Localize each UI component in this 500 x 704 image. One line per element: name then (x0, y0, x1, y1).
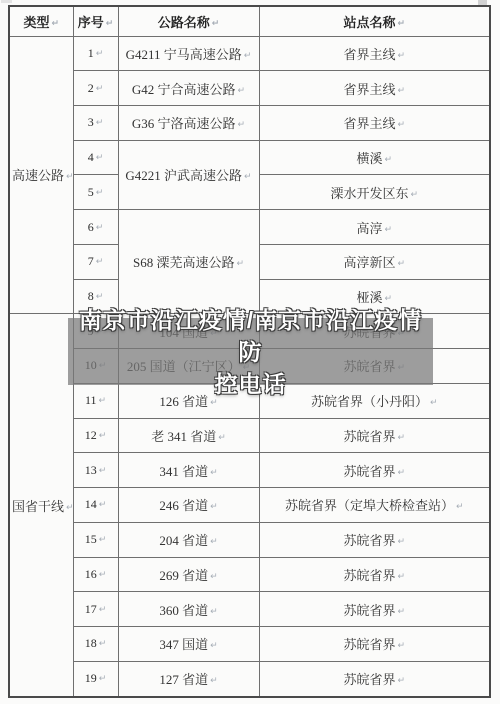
document-page: { "page": { "background": "#fbfbfa" }, "… (0, 0, 500, 704)
station-name: 苏皖省界↵ (259, 557, 490, 592)
return-mark-icon: ↵ (96, 223, 104, 233)
row-number: 11↵ (73, 383, 118, 418)
return-mark-icon: ↵ (210, 641, 218, 651)
return-mark-icon: ↵ (96, 257, 104, 267)
return-mark-icon: ↵ (96, 153, 104, 163)
return-mark-icon: ↵ (397, 607, 405, 617)
return-mark-icon: ↵ (66, 172, 73, 182)
table-row: 16↵ 269 省道↵ 苏皖省界↵ (9, 557, 490, 592)
return-mark-icon: ↵ (99, 674, 107, 684)
row-number: 14↵ (73, 488, 118, 523)
row-number: 15↵ (73, 522, 118, 557)
return-mark-icon: ↵ (238, 120, 246, 130)
road-name: 341 省道↵ (118, 453, 259, 488)
station-name: 苏皖省界（定埠大桥检查站）↵ (259, 488, 490, 523)
road-name: G4211 宁马高速公路↵ (118, 36, 259, 71)
row-number: 19↵ (73, 661, 118, 697)
road-name: 204 省道↵ (118, 522, 259, 557)
type-cell-national-provincial: 国省干线↵ (9, 314, 73, 697)
return-mark-icon: ↵ (210, 572, 218, 582)
return-mark-icon: ↵ (210, 502, 218, 512)
road-name: G4221 沪武高速公路↵ (118, 140, 259, 209)
road-name: 246 省道↵ (118, 488, 259, 523)
return-mark-icon: ↵ (384, 225, 392, 235)
return-mark-icon: ↵ (397, 19, 405, 29)
return-mark-icon: ↵ (384, 155, 392, 165)
return-mark-icon: ↵ (96, 49, 104, 59)
road-name: 360 省道↵ (118, 592, 259, 627)
row-number: 7↵ (73, 244, 118, 279)
return-mark-icon: ↵ (410, 190, 418, 200)
station-name: 溧水开发区东↵ (259, 175, 490, 210)
return-mark-icon: ↵ (430, 398, 438, 408)
watermark-line1: 南京市沿江疫情/南京市沿江疫情防 (68, 304, 433, 368)
return-mark-icon: ↵ (99, 570, 107, 580)
return-mark-icon: ↵ (99, 639, 107, 649)
return-mark-icon: ↵ (397, 259, 405, 269)
table-row: 14↵ 246 省道↵ 苏皖省界（定埠大桥检查站）↵ (9, 488, 490, 523)
station-name: 横溪↵ (259, 140, 490, 175)
return-mark-icon: ↵ (244, 51, 252, 61)
table-handle-artifact (478, 0, 487, 5)
return-mark-icon: ↵ (96, 118, 104, 128)
return-mark-icon: ↵ (99, 396, 107, 406)
station-name: 苏皖省界↵ (259, 592, 490, 627)
road-name: 347 国道↵ (118, 626, 259, 661)
row-number: 4↵ (73, 140, 118, 175)
return-mark-icon: ↵ (238, 86, 246, 96)
station-name: 省界主线↵ (259, 36, 490, 71)
return-mark-icon: ↵ (210, 607, 218, 617)
return-mark-icon: ↵ (96, 84, 104, 94)
row-number: 17↵ (73, 592, 118, 627)
table-row: 4↵ G4221 沪武高速公路↵ 横溪↵ (9, 140, 490, 175)
row-number: 16↵ (73, 557, 118, 592)
row-number: 12↵ (73, 418, 118, 453)
table-row: 18↵ 347 国道↵ 苏皖省界↵ (9, 626, 490, 661)
row-number: 3↵ (73, 105, 118, 140)
table-row: 13↵ 341 省道↵ 苏皖省界↵ (9, 453, 490, 488)
row-number: 1↵ (73, 36, 118, 71)
table-row: 12↵ 老 341 省道↵ 苏皖省界↵ (9, 418, 490, 453)
return-mark-icon: ↵ (397, 537, 405, 547)
return-mark-icon: ↵ (51, 19, 59, 29)
station-name: 苏皖省界（小丹阳）↵ (259, 383, 490, 418)
return-mark-icon: ↵ (397, 572, 405, 582)
row-number: 6↵ (73, 210, 118, 245)
station-name: 苏皖省界↵ (259, 522, 490, 557)
header-station: 站点名称↵ (259, 6, 490, 36)
road-name: S68 溧芜高速公路↵ (118, 210, 259, 314)
return-mark-icon: ↵ (106, 19, 114, 29)
type-cell-expressway: 高速公路↵ (9, 36, 73, 314)
return-mark-icon: ↵ (244, 172, 252, 182)
return-mark-icon: ↵ (99, 466, 107, 476)
return-mark-icon: ↵ (210, 468, 218, 478)
return-mark-icon: ↵ (96, 292, 104, 302)
watermark-title: 南京市沿江疫情/南京市沿江疫情防 控电话 (68, 318, 433, 385)
station-name: 高淳新区↵ (259, 244, 490, 279)
table-row: 3↵ G36 宁洛高速公路↵ 省界主线↵ (9, 105, 490, 140)
header-no: 序号↵ (73, 6, 118, 36)
road-name: 老 341 省道↵ (118, 418, 259, 453)
header-row: 类型↵ 序号↵ 公路名称↵ 站点名称↵ (9, 6, 490, 36)
header-road: 公路名称↵ (118, 6, 259, 36)
road-name: G42 宁合高速公路↵ (118, 71, 259, 106)
road-name: 127 省道↵ (118, 661, 259, 697)
return-mark-icon: ↵ (218, 433, 226, 443)
station-name: 苏皖省界↵ (259, 453, 490, 488)
row-number: 18↵ (73, 626, 118, 661)
station-name: 苏皖省界↵ (259, 661, 490, 697)
return-mark-icon: ↵ (66, 503, 73, 513)
station-name: 高淳↵ (259, 210, 490, 245)
return-mark-icon: ↵ (210, 398, 218, 408)
return-mark-icon: ↵ (210, 537, 218, 547)
station-name: 省界主线↵ (259, 105, 490, 140)
table-row: 6↵ S68 溧芜高速公路↵ 高淳↵ (9, 210, 490, 245)
table-row: 15↵ 204 省道↵ 苏皖省界↵ (9, 522, 490, 557)
return-mark-icon: ↵ (397, 676, 405, 686)
return-mark-icon: ↵ (384, 294, 392, 304)
return-mark-icon: ↵ (99, 605, 107, 615)
road-name: G36 宁洛高速公路↵ (118, 105, 259, 140)
return-mark-icon: ↵ (456, 502, 464, 512)
row-number: 13↵ (73, 453, 118, 488)
return-mark-icon: ↵ (210, 676, 218, 686)
station-name: 苏皖省界↵ (259, 626, 490, 661)
return-mark-icon: ↵ (397, 120, 405, 130)
station-name: 苏皖省界↵ (259, 418, 490, 453)
return-mark-icon: ↵ (99, 500, 107, 510)
return-mark-icon: ↵ (397, 468, 405, 478)
table-row: 高速公路↵ 1↵ G4211 宁马高速公路↵ 省界主线↵ (9, 36, 490, 71)
row-number: 5↵ (73, 175, 118, 210)
return-mark-icon: ↵ (397, 433, 405, 443)
station-name: 省界主线↵ (259, 71, 490, 106)
table-row: 2↵ G42 宁合高速公路↵ 省界主线↵ (9, 71, 490, 106)
row-number: 2↵ (73, 71, 118, 106)
return-mark-icon: ↵ (96, 188, 104, 198)
return-mark-icon: ↵ (99, 535, 107, 545)
return-mark-icon: ↵ (99, 431, 107, 441)
table-row: 19↵ 127 省道↵ 苏皖省界↵ (9, 661, 490, 697)
road-name: 269 省道↵ (118, 557, 259, 592)
return-mark-icon: ↵ (397, 641, 405, 651)
table-row: 17↵ 360 省道↵ 苏皖省界↵ (9, 592, 490, 627)
return-mark-icon: ↵ (397, 51, 405, 61)
return-mark-icon: ↵ (397, 86, 405, 96)
watermark-line2: 控电话 (215, 368, 287, 400)
return-mark-icon: ↵ (236, 259, 244, 269)
return-mark-icon: ↵ (212, 19, 220, 29)
header-type: 类型↵ (9, 6, 73, 36)
crop-artifact-top-left (1, 0, 12, 3)
